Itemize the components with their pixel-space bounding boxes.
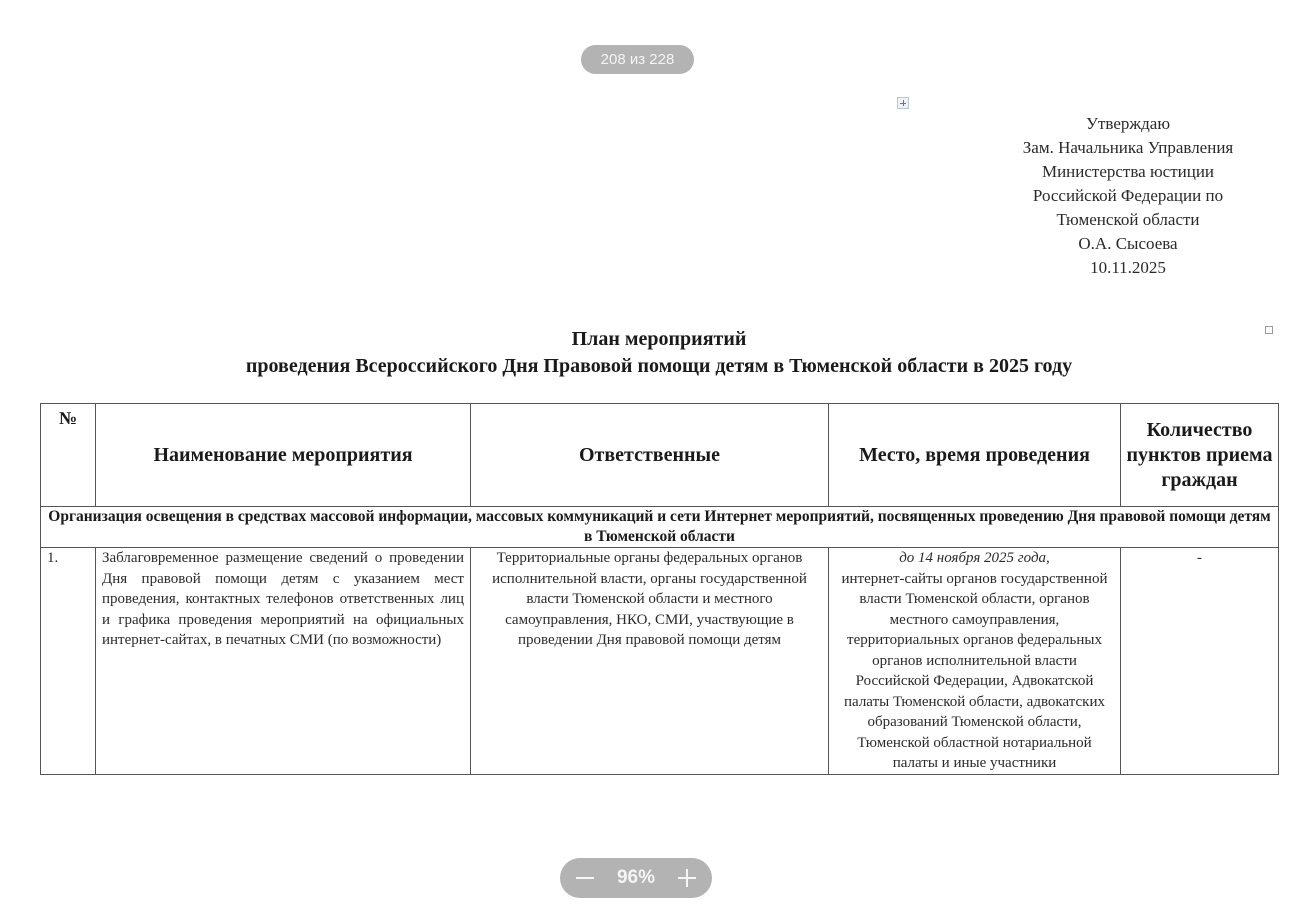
table-header-row: № Наименование мероприятия Ответственные… xyxy=(41,404,1279,507)
approval-line: Утверждаю xyxy=(990,112,1266,136)
responsible-parties: Территориальные органы федеральных орган… xyxy=(471,548,829,775)
zoom-control: 96% xyxy=(560,858,712,898)
page-counter: 208 из 228 xyxy=(581,45,694,74)
section-row: Организация освещения в средствах массов… xyxy=(41,507,1279,548)
header-responsible: Ответственные xyxy=(471,404,829,507)
zoom-level: 96% xyxy=(617,867,655,889)
minus-icon xyxy=(576,877,594,879)
header-name: Наименование мероприятия xyxy=(96,404,471,507)
place-description: интернет-сайты органов государственной в… xyxy=(842,571,1108,772)
approval-line: Министерства юстиции xyxy=(990,160,1266,184)
approval-signer: О.А. Сысоева xyxy=(990,232,1266,256)
row-number: 1. xyxy=(41,548,96,775)
title-line-2: проведения Всероссийского Дня Правовой п… xyxy=(40,353,1278,380)
plan-table: № Наименование мероприятия Ответственные… xyxy=(40,403,1279,775)
approval-line: Тюменской области xyxy=(990,208,1266,232)
section-title: Организация освещения в средствах массов… xyxy=(41,507,1279,548)
approval-line: Зам. Начальника Управления xyxy=(990,136,1266,160)
header-count: Количество пунктов приема граждан xyxy=(1121,404,1279,507)
header-place-time: Место, время проведения xyxy=(829,404,1121,507)
table-row: 1. Заблаговременное размещение сведений … xyxy=(41,548,1279,775)
header-num: № xyxy=(41,404,96,507)
title-line-1: План мероприятий xyxy=(40,326,1278,353)
plus-icon xyxy=(678,869,696,887)
place-time: до 14 ноября 2025 года, интернет-сайты о… xyxy=(829,548,1121,775)
move-handle-icon[interactable] xyxy=(897,97,909,109)
approval-line: Российской Федерации по xyxy=(990,184,1266,208)
zoom-in-button[interactable] xyxy=(672,863,702,893)
document-title: План мероприятий проведения Всероссийско… xyxy=(40,326,1278,380)
event-name: Заблаговременное размещение сведений о п… xyxy=(96,548,471,775)
deadline-date: до 14 ноября 2025 года, xyxy=(899,550,1050,566)
reception-points-count: - xyxy=(1121,548,1279,775)
zoom-out-button[interactable] xyxy=(570,863,600,893)
approval-block: Утверждаю Зам. Начальника Управления Мин… xyxy=(990,112,1266,280)
approval-date: 10.11.2025 xyxy=(990,256,1266,280)
